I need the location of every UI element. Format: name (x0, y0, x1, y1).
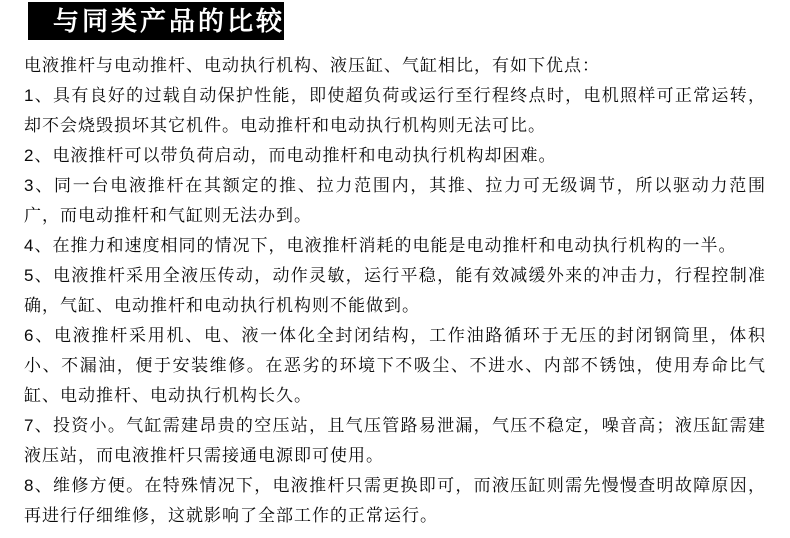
section-title-banner: 与同类产品的比较 (28, 2, 284, 40)
advantage-point-7: 7、投资小。气缸需建昂贵的空压站，且气压管路易泄漏，气压不稳定，噪音高；液压缸需… (24, 411, 766, 471)
advantage-point-6: 6、电液推杆采用机、电、液一体化全封闭结构，工作油路循环于无压的封闭钢筒里，体积… (24, 321, 766, 411)
product-comparison-page: 与同类产品的比较 电液推杆与电动推杆、电动执行机构、液压缸、气缸相比，有如下优点… (0, 0, 790, 538)
advantage-point-4: 4、在推力和速度相同的情况下，电液推杆消耗的电能是电动推杆和电动执行机构的一半。 (24, 231, 766, 261)
section-title: 与同类产品的比较 (53, 8, 285, 34)
comparison-text-block: 电液推杆与电动推杆、电动执行机构、液压缸、气缸相比，有如下优点： 1、具有良好的… (24, 51, 766, 531)
advantage-point-5: 5、电液推杆采用全液压传动，动作灵敏，运行平稳，能有效减缓外来的冲击力，行程控制… (24, 261, 766, 321)
advantage-point-1: 1、具有良好的过载自动保护性能，即使超负荷或运行至行程终点时，电机照样可正常运转… (24, 81, 766, 141)
intro-paragraph: 电液推杆与电动推杆、电动执行机构、液压缸、气缸相比，有如下优点： (24, 51, 766, 81)
advantage-point-3: 3、同一台电液推杆在其额定的推、拉力范围内，其推、拉力可无级调节，所以驱动力范围… (24, 171, 766, 231)
advantage-point-2: 2、电液推杆可以带负荷启动，而电动推杆和电动执行机构却困难。 (24, 141, 766, 171)
advantage-point-8: 8、维修方便。在特殊情况下，电液推杆只需更换即可，而液压缸则需先慢慢查明故障原因… (24, 471, 766, 531)
